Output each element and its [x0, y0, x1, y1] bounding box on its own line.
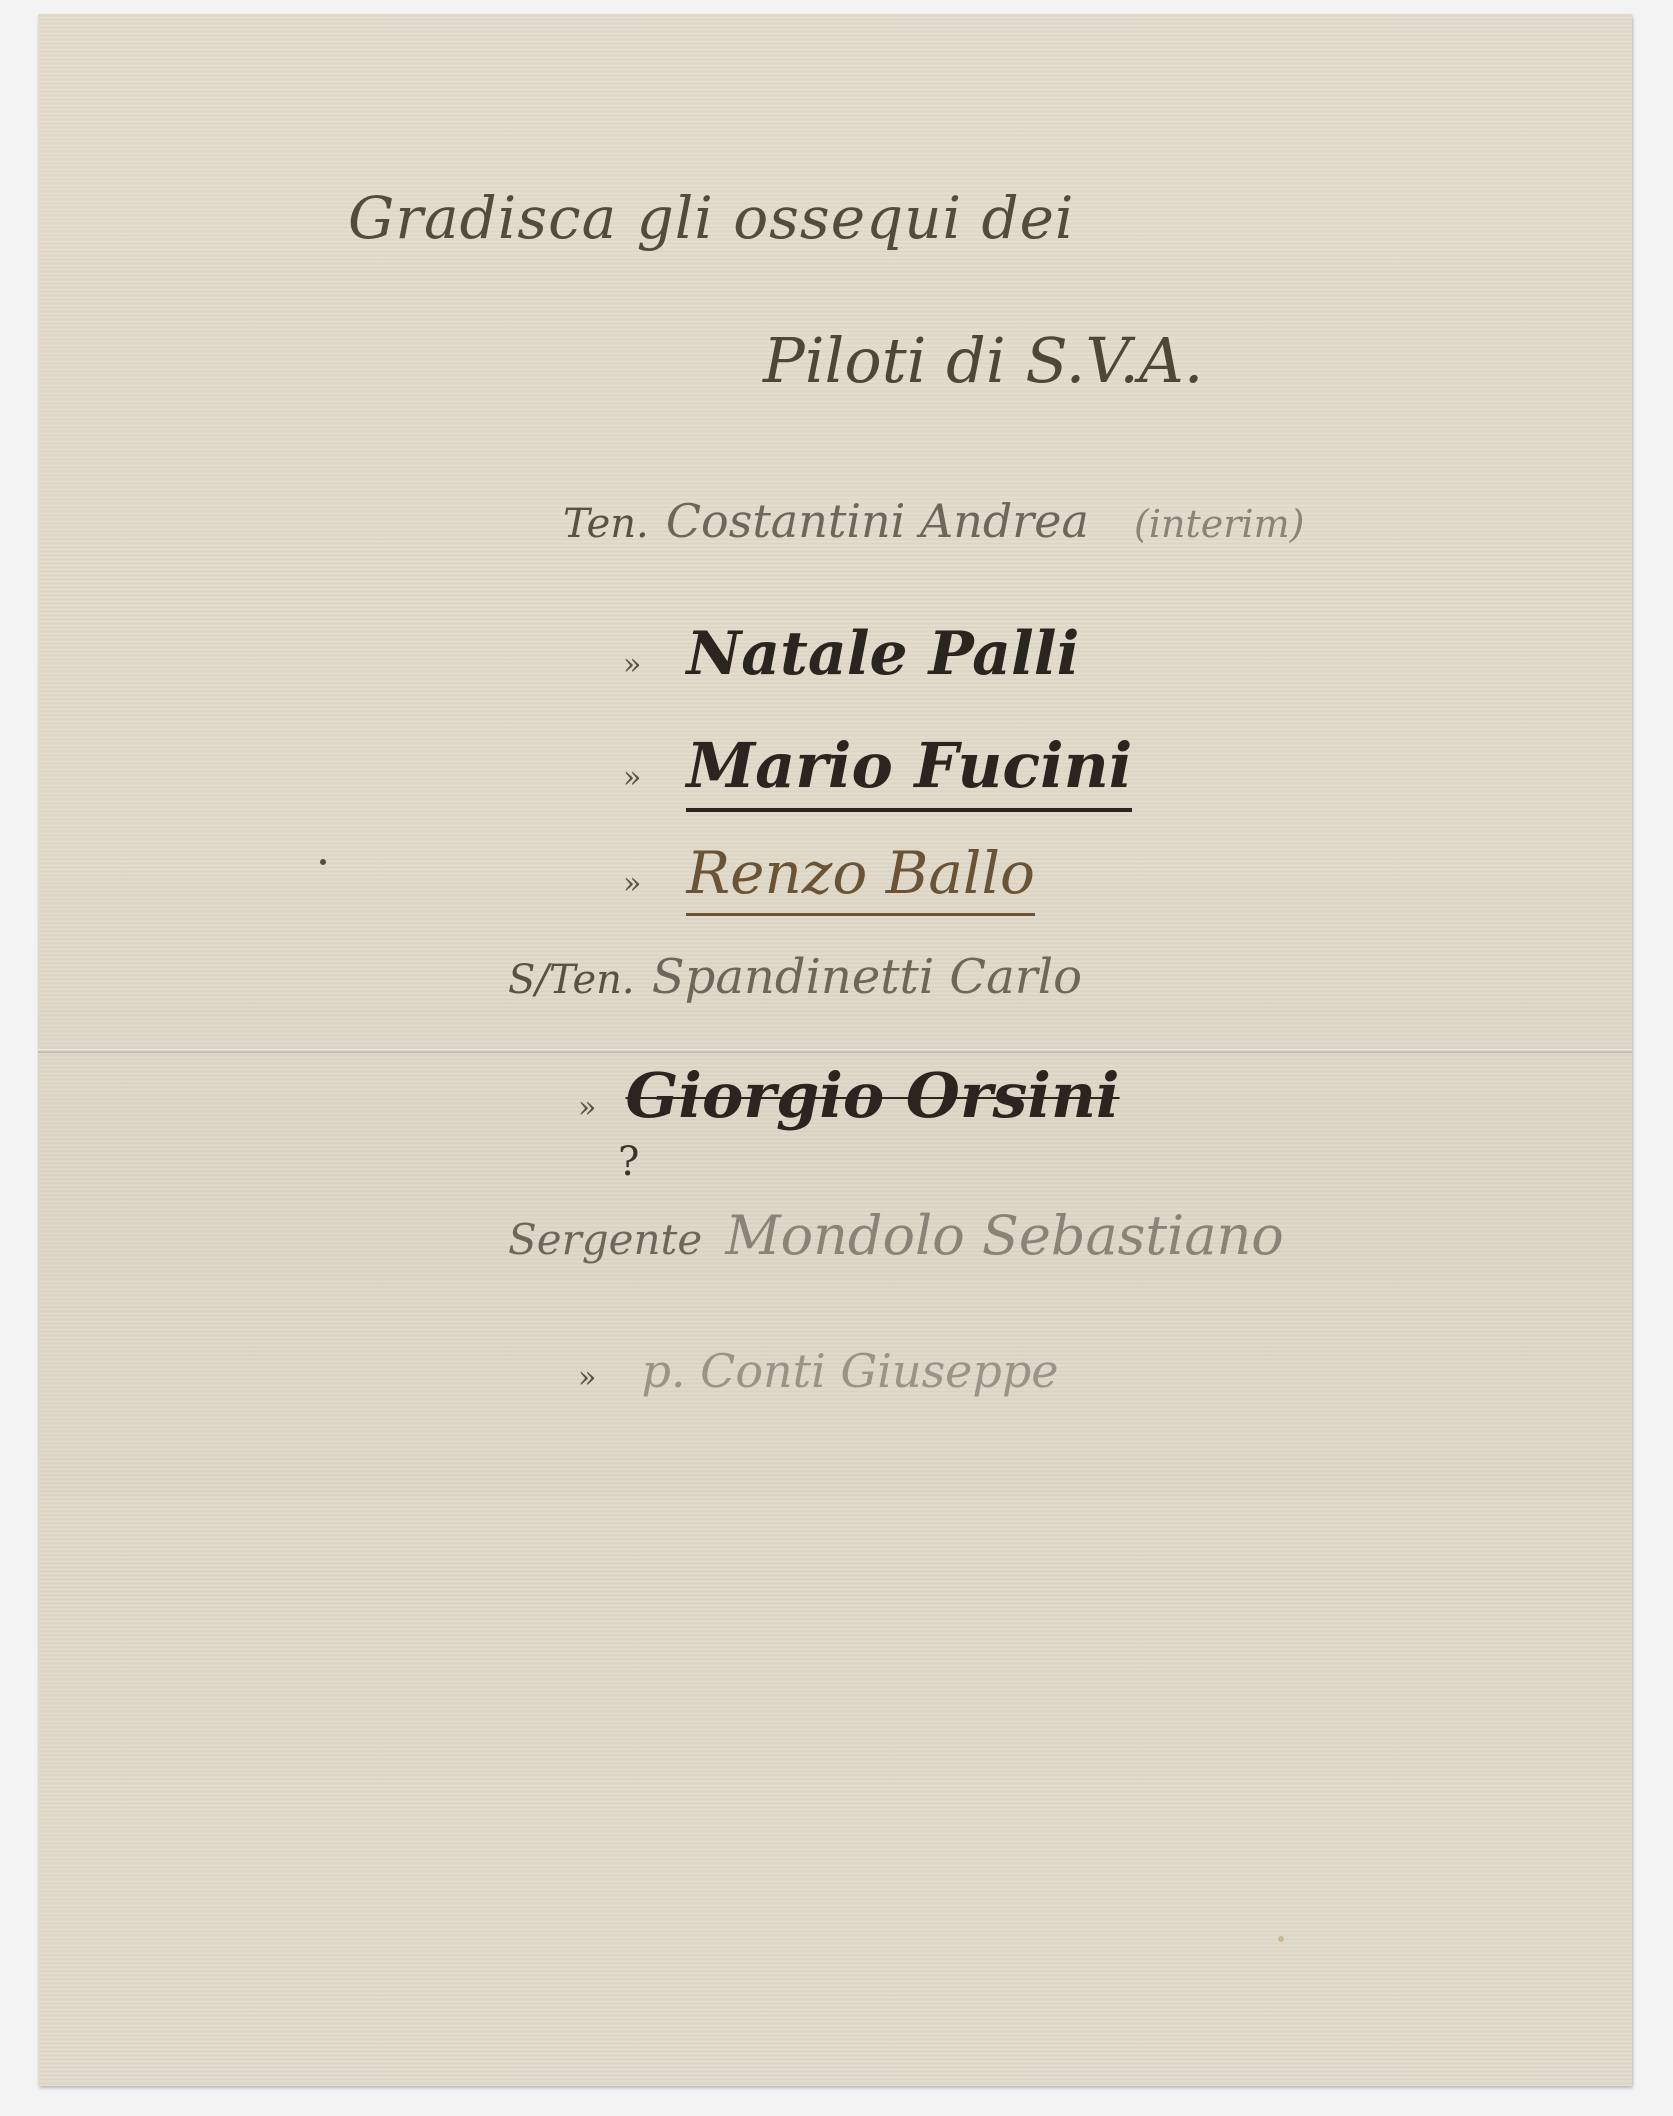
signatory-row: » p. Conti Giuseppe — [578, 1344, 1059, 1398]
ditto-mark: » — [623, 760, 641, 795]
signatory-name: Costantini Andrea — [666, 494, 1089, 548]
ditto-mark: » — [578, 1090, 596, 1125]
greeting-line: Gradisca gli ossequi dei — [348, 184, 1075, 252]
paper-spot — [1278, 1936, 1284, 1942]
signatory-row: S/Ten. Spandinetti Carlo — [508, 949, 1082, 1005]
signatory-row: » Mario Fucini — [623, 729, 1132, 802]
stray-mark: ? — [618, 1139, 639, 1185]
signature-natale-palli: Natale Palli — [686, 619, 1079, 689]
signatory-name: Spandinetti Carlo — [652, 949, 1082, 1005]
letter-title: Piloti di S.V.A. — [763, 324, 1203, 397]
signatory-row: » Giorgio Orsini — [578, 1059, 1120, 1132]
signature-conti: p. Conti Giuseppe — [641, 1344, 1058, 1398]
signatory-rank: S/Ten. — [508, 957, 635, 1003]
letter-sheet: Gradisca gli ossequi dei Piloti di S.V.A… — [38, 14, 1632, 2086]
signature-renzo-ballo: Renzo Ballo — [686, 839, 1034, 916]
signatory-row: Ten. Costantini Andrea (interim) — [563, 494, 1304, 548]
signatory-row: » Natale Palli — [623, 619, 1079, 689]
paper-fold-crease — [38, 1049, 1632, 1053]
signatory-row: » Renzo Ballo — [623, 839, 1035, 907]
ditto-mark: » — [578, 1360, 596, 1395]
signature-giorgio-orsini: Giorgio Orsini — [625, 1059, 1119, 1132]
ditto-mark: » — [623, 866, 641, 901]
signature-mondolo: Mondolo Sebastiano — [725, 1204, 1283, 1267]
ditto-mark: » — [623, 647, 641, 682]
signatory-note: (interim) — [1134, 502, 1304, 546]
signature-mario-fucini: Mario Fucini — [686, 729, 1132, 812]
signatory-row: Sergente Mondolo Sebastiano — [508, 1204, 1284, 1267]
signatory-rank: Sergente — [508, 1215, 702, 1264]
signatory-rank: Ten. — [563, 501, 649, 547]
ink-spot — [320, 859, 326, 865]
